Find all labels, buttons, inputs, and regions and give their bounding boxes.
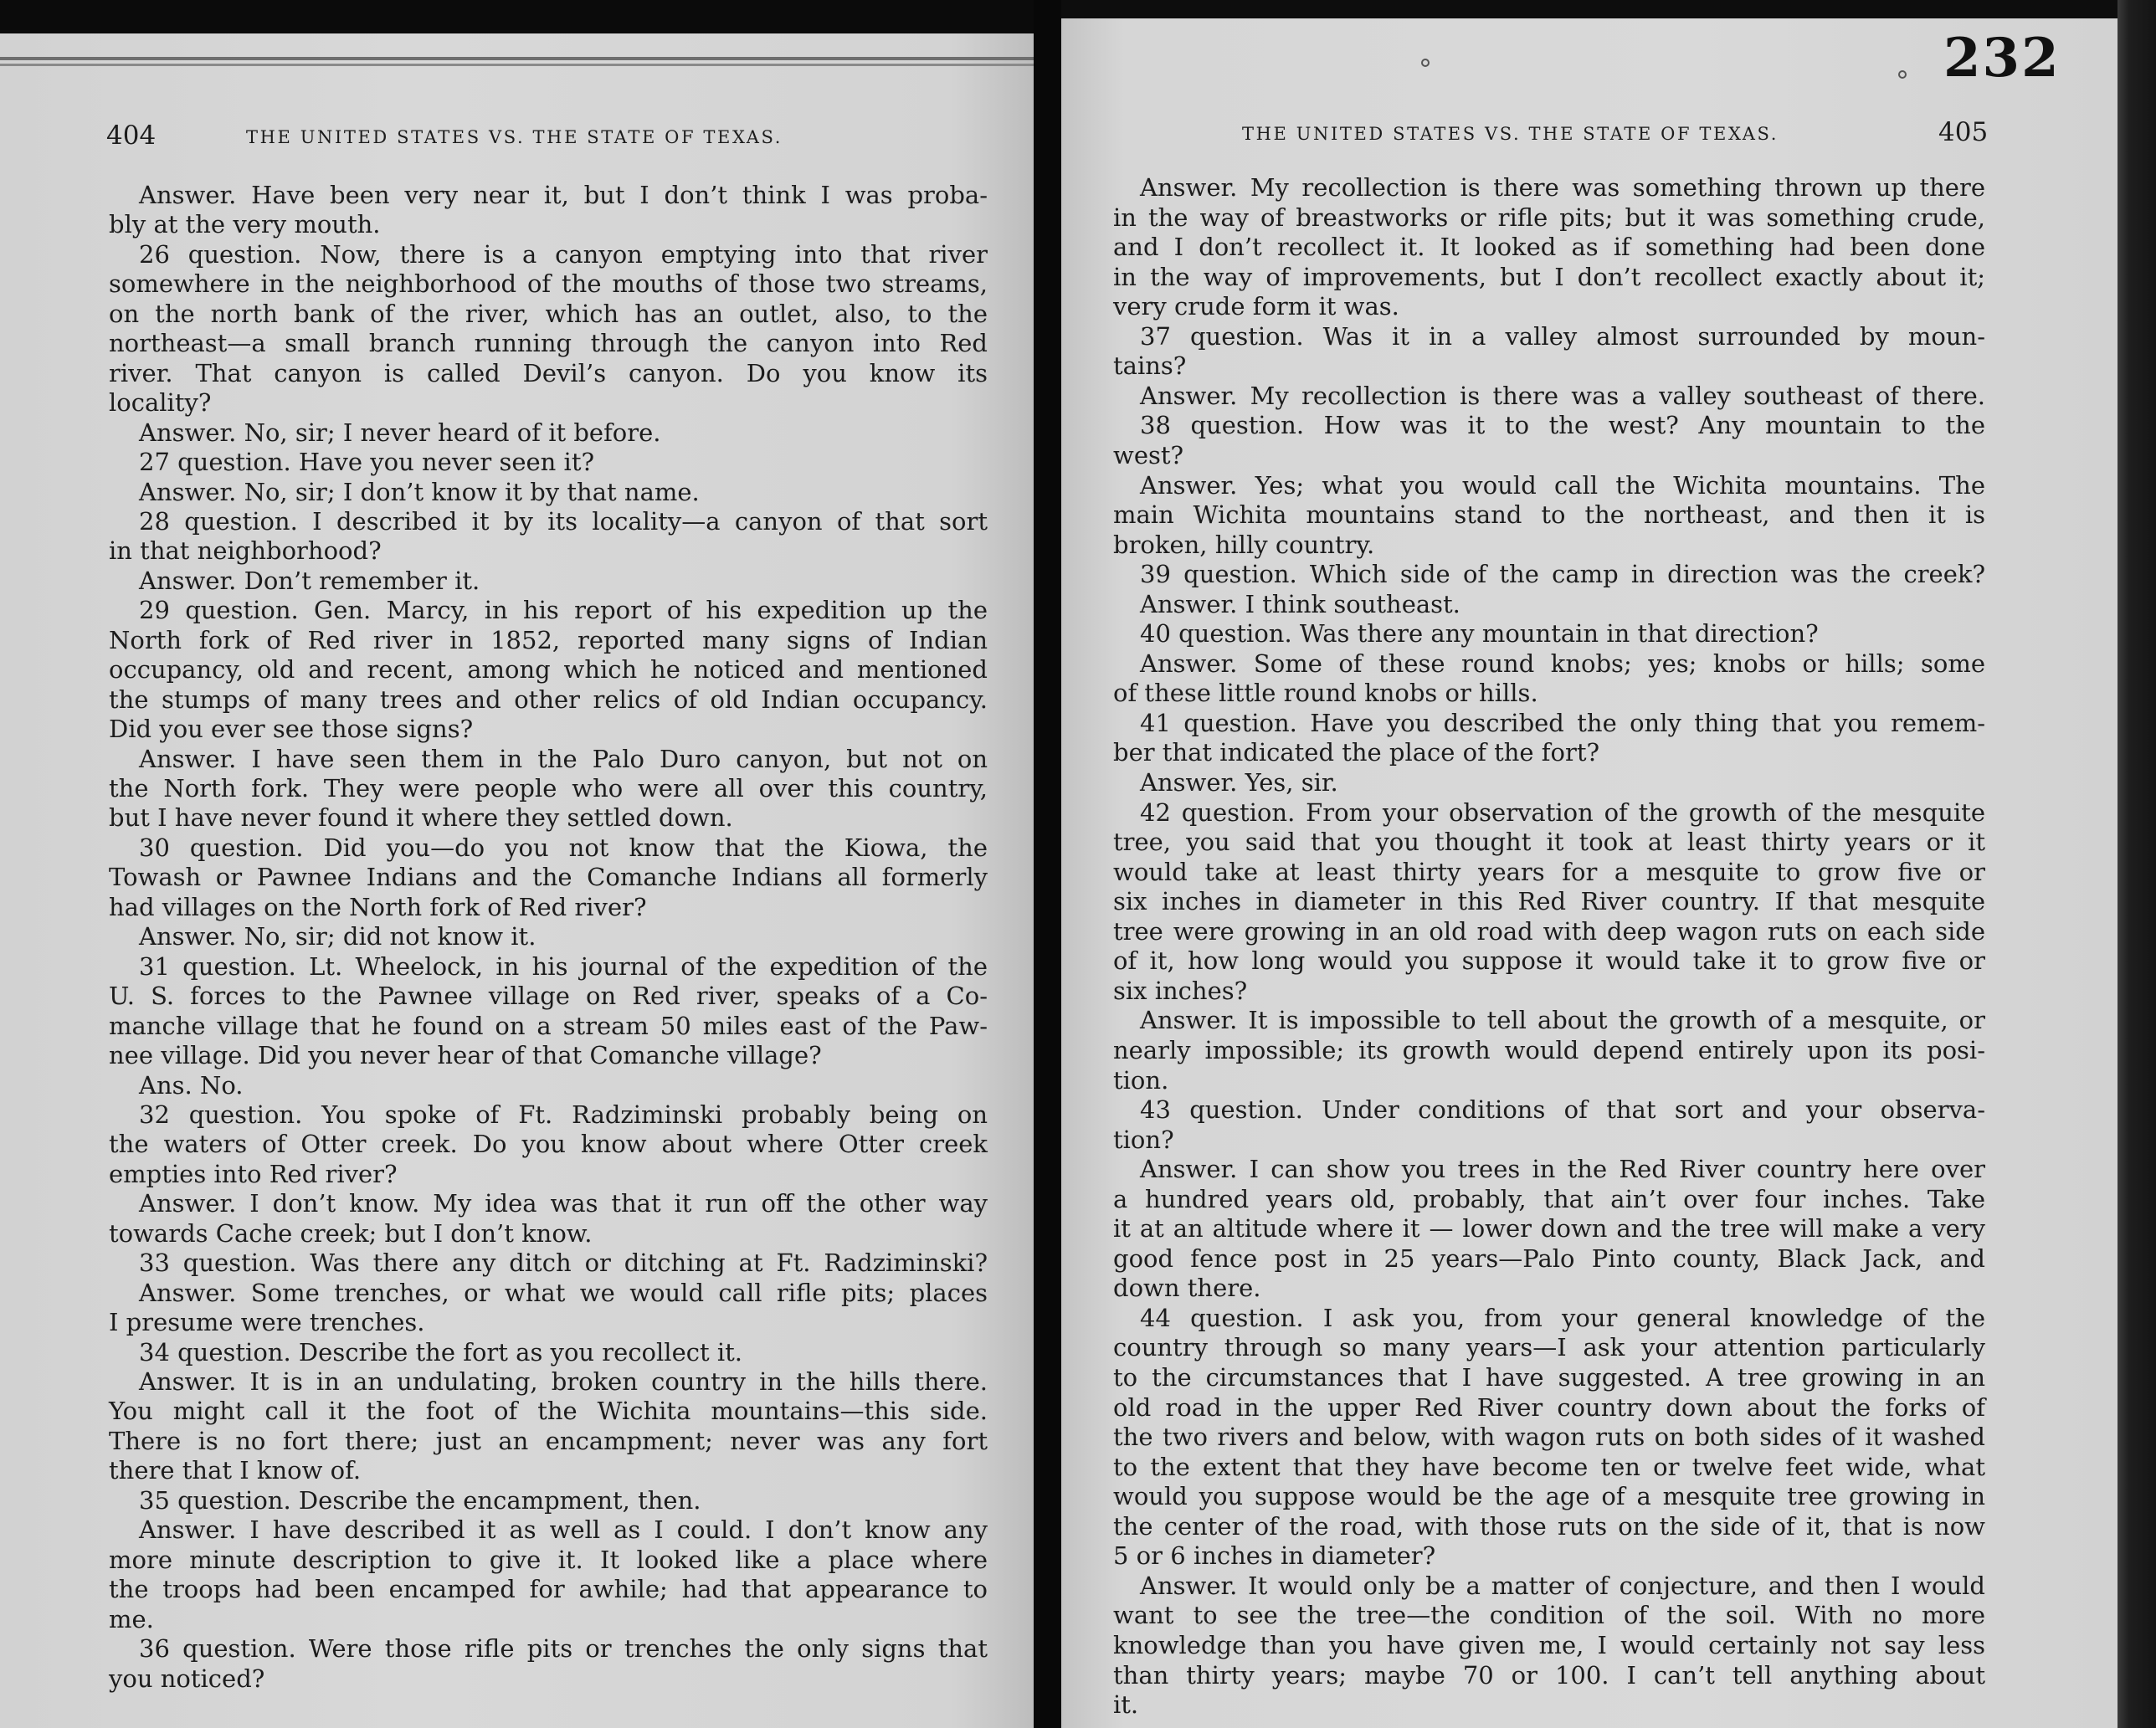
text-line: 31 question. Lt. Wheelock, in his journa… — [139, 952, 988, 982]
text-line: nearly impossible; its growth would depe… — [1113, 1036, 1985, 1065]
text-line: towards Cache creek; but I don’t know. — [109, 1219, 988, 1249]
text-line: Answer. No, sir; I don’t know it by that… — [139, 478, 988, 507]
text-line: 5 or 6 inches in diameter? — [1113, 1541, 1985, 1571]
text-line: 39 question. Which side of the camp in d… — [1140, 560, 1985, 589]
text-line: six inches? — [1113, 977, 1985, 1006]
text-line: country through so many years—I ask your… — [1113, 1333, 1985, 1362]
text-line: the waters of Otter creek. Do you know a… — [109, 1130, 988, 1159]
scan-right-border — [2117, 0, 2156, 1728]
text-line: west? — [1113, 441, 1985, 470]
text-line: and I don’t recollect it. It looked as i… — [1113, 233, 1985, 262]
text-line: You might call it the foot of the Wichit… — [109, 1397, 988, 1426]
text-line: 43 question. Under conditions of that so… — [1140, 1095, 1985, 1125]
text-line: Answer. I have seen them in the Palo Dur… — [139, 745, 988, 774]
text-line: Answer. Have been very near it, but I do… — [139, 181, 988, 210]
text-line: broken, hilly country. — [1113, 531, 1985, 560]
text-line: knowledge than you have given me, I woul… — [1113, 1631, 1985, 1660]
text-line: 35 question. Describe the encampment, th… — [139, 1486, 988, 1515]
text-line: occupancy, old and recent, among which h… — [109, 655, 988, 685]
text-line: more minute description to give it. It l… — [109, 1546, 988, 1575]
text-line: want to see the tree—the condition of th… — [1113, 1601, 1985, 1630]
text-line: Did you ever see those signs? — [109, 715, 988, 744]
text-line: Answer. It is impossible to tell about t… — [1140, 1006, 1985, 1035]
text-line: to the extent that they have become ten … — [1113, 1453, 1985, 1482]
text-line: 33 question. Was there any ditch or ditc… — [139, 1249, 988, 1278]
text-line: the North fork. They were people who wer… — [109, 774, 988, 803]
book-gutter — [1034, 0, 1061, 1728]
text-line: 36 question. Were those rifle pits or tr… — [139, 1634, 988, 1664]
text-line: Answer. My recollection is there was a v… — [1140, 382, 1985, 411]
text-line: North fork of Red river in 1852, reporte… — [109, 626, 988, 655]
scan-top-border — [0, 0, 1034, 33]
text-line: old road in the upper Red River country … — [1113, 1393, 1985, 1423]
text-line: Towash or Pawnee Indians and the Comanch… — [109, 863, 988, 892]
text-line: 37 question. Was it in a valley almost s… — [1140, 322, 1985, 351]
text-line: 32 question. You spoke of Ft. Radziminsk… — [139, 1100, 988, 1130]
text-line: bly at the very mouth. — [109, 210, 988, 239]
text-line: Answer. Some trenches, or what we would … — [139, 1279, 988, 1308]
text-line: had villages on the North fork of Red ri… — [109, 893, 988, 922]
text-line: on the north bank of the river, which ha… — [109, 300, 988, 329]
text-line: 26 question. Now, there is a canyon empt… — [139, 240, 988, 269]
text-line: six inches in diameter in this Red River… — [1113, 887, 1985, 916]
text-line: There is no fort there; just an encampme… — [109, 1427, 988, 1456]
text-line: in that neighborhood? — [109, 536, 988, 566]
text-line: Answer. No, sir; did not know it. — [139, 922, 988, 951]
text-line: I presume were trenches. — [109, 1308, 988, 1337]
text-line: 40 question. Was there any mountain in t… — [1140, 619, 1985, 649]
text-line: Answer. Yes; what you would call the Wic… — [1140, 471, 1985, 500]
text-line: you noticed? — [109, 1664, 988, 1694]
text-line: a hundred years old, probably, that ain’… — [1113, 1185, 1985, 1214]
text-line: Answer. It would only be a matter of con… — [1140, 1572, 1985, 1601]
text-line: it. — [1113, 1690, 1985, 1720]
text-line: Answer. No, sir; I never heard of it bef… — [139, 418, 988, 448]
left-page: 404 THE UNITED STATES VS. THE STATE OF T… — [0, 33, 1034, 1728]
running-head: THE UNITED STATES VS. THE STATE OF TEXAS… — [246, 127, 783, 147]
text-line: 34 question. Describe the fort as you re… — [139, 1338, 988, 1367]
text-line: Answer. It is in an undulating, broken c… — [139, 1367, 988, 1397]
text-line: would take at least thirty years for a m… — [1113, 858, 1985, 887]
text-line: down there. — [1113, 1274, 1985, 1303]
text-line: tion? — [1113, 1126, 1985, 1155]
text-line: it at an altitude where it — lower down … — [1113, 1214, 1985, 1243]
text-line: would you suppose would be the age of a … — [1113, 1482, 1985, 1511]
text-line: empties into Red river? — [109, 1160, 988, 1189]
text-line: main Wichita mountains stand to the nort… — [1113, 500, 1985, 530]
text-line: Answer. Yes, sir. — [1140, 768, 1985, 797]
text-line: 44 question. I ask you, from your genera… — [1140, 1304, 1985, 1333]
text-line: 38 question. How was it to the west? Any… — [1140, 411, 1985, 440]
page-number: 404 — [106, 120, 156, 151]
text-line: of these little round knobs or hills. — [1113, 679, 1985, 708]
text-line: the center of the road, with those ruts … — [1113, 1512, 1985, 1541]
text-line: Answer. Don’t remember it. — [139, 567, 988, 596]
text-line: the stumps of many trees and other relic… — [109, 685, 988, 715]
text-line: northeast—a small branch running through… — [109, 329, 988, 358]
text-line: in the way of improvements, but I don’t … — [1113, 263, 1985, 292]
text-line: somewhere in the neighborhood of the mou… — [109, 269, 988, 299]
right-page: 232 THE UNITED STATES VS. THE STATE OF T… — [1061, 18, 2117, 1728]
text-line: 28 question. I described it by its local… — [139, 507, 988, 536]
text-line: locality? — [109, 388, 988, 418]
text-line: the two rivers and below, with wagon rut… — [1113, 1423, 1985, 1452]
running-head: THE UNITED STATES VS. THE STATE OF TEXAS… — [1242, 124, 1779, 144]
text-line: 41 question. Have you described the only… — [1140, 709, 1985, 738]
text-line: manche village that he found on a stream… — [109, 1012, 988, 1041]
text-line: the troops had been encamped for awhile;… — [109, 1575, 988, 1604]
archive-stamp-number: 232 — [1943, 27, 2061, 90]
page-edge-rule — [0, 64, 1034, 66]
text-line: Answer. My recollection is there was som… — [1140, 173, 1985, 203]
page-edge-rule — [0, 57, 1034, 60]
text-line: in the way of breastworks or rifle pits;… — [1113, 203, 1985, 233]
text-line: tree were growing in an old road with de… — [1113, 917, 1985, 946]
text-line: nee village. Did you never hear of that … — [109, 1041, 988, 1070]
text-line: 42 question. From your observation of th… — [1140, 798, 1985, 828]
scan-speck — [1898, 70, 1907, 79]
text-line: Answer. I have described it as well as I… — [139, 1515, 988, 1545]
text-line: than thirty years; maybe 70 or 100. I ca… — [1113, 1661, 1985, 1690]
text-line: me. — [109, 1605, 988, 1634]
text-line: to the circumstances that I have suggest… — [1113, 1363, 1985, 1392]
text-line: tree, you said that you thought it took … — [1113, 828, 1985, 857]
text-line: 30 question. Did you—do you not know tha… — [139, 833, 988, 863]
text-line: of it, how long would you suppose it wou… — [1113, 946, 1985, 976]
text-line: tion. — [1113, 1066, 1985, 1095]
text-line: river. That canyon is called Devil’s can… — [109, 359, 988, 388]
text-line: Ans. No. — [139, 1071, 988, 1100]
text-line: U. S. forces to the Pawnee village on Re… — [109, 982, 988, 1011]
text-line: Answer. I can show you trees in the Red … — [1140, 1155, 1985, 1184]
text-line: Answer. Some of these round knobs; yes; … — [1140, 649, 1985, 679]
text-line: 29 question. Gen. Marcy, in his report o… — [139, 596, 988, 625]
page-number: 405 — [1938, 117, 1988, 147]
text-line: Answer. I don’t know. My idea was that i… — [139, 1189, 988, 1218]
text-line: ber that indicated the place of the fort… — [1113, 738, 1985, 767]
text-line: good fence post in 25 years—Palo Pinto c… — [1113, 1244, 1985, 1274]
text-line: very crude form it was. — [1113, 292, 1985, 321]
text-line: but I have never found it where they set… — [109, 803, 988, 833]
text-line: tains? — [1113, 351, 1985, 381]
text-line: Answer. I think southeast. — [1140, 590, 1985, 619]
text-line: 27 question. Have you never seen it? — [139, 448, 988, 477]
scan-speck — [1421, 59, 1430, 67]
text-line: there that I know of. — [109, 1456, 988, 1485]
